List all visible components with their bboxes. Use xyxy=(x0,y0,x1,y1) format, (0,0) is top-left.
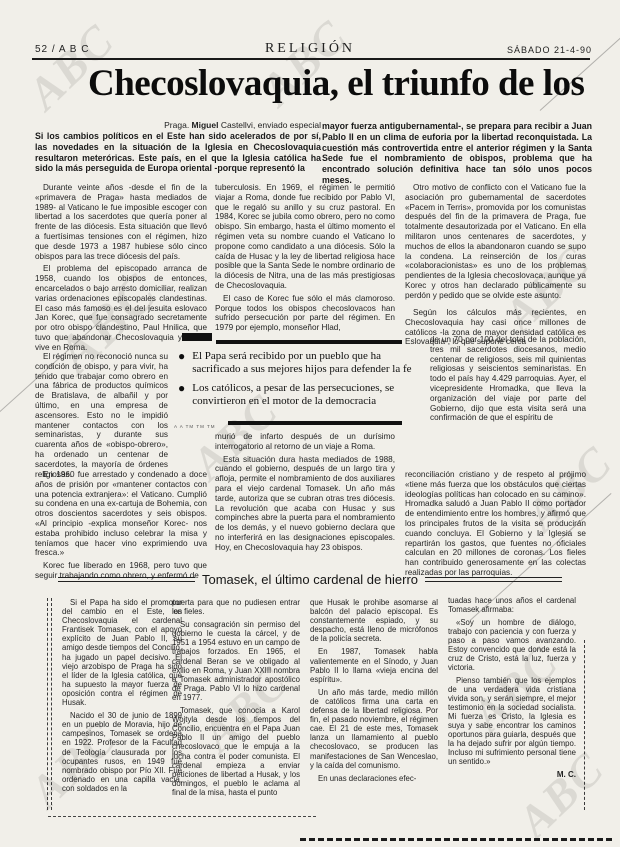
paragraph: Tomasek, que conocía a Karol Wojtyla des… xyxy=(172,706,300,797)
subarticle-right-border xyxy=(584,640,585,810)
body-col1-block-c: En 1960 fue arrestado y condenado a doce… xyxy=(35,470,207,584)
pullquote-corner-bar xyxy=(182,333,212,341)
pullquote-bottom-bar xyxy=(228,421,402,425)
pullquote-credit: A A TM TM TM xyxy=(174,424,216,429)
subarticle-bottom-rule xyxy=(48,816,316,817)
byline-author: Miguel xyxy=(192,120,219,130)
byline: Praga. Miguel Castellvi, enviado especia… xyxy=(35,120,321,130)
paragraph: En 1960 fue arrestado y condenado a doce… xyxy=(35,470,207,558)
paragraph: El caso de Korec fue sólo el más clamoro… xyxy=(215,294,395,333)
pullquote-text: El Papa será recibido por un pueblo que … xyxy=(192,350,422,375)
pullquote-text: Los católicos, a pesar de las persecucio… xyxy=(192,382,422,407)
intro-col-2: mayor fuerza antigubernamental-, se prep… xyxy=(322,121,592,186)
paragraph: Si el Papa ha sido el promotor del cambi… xyxy=(62,598,182,707)
title-rule-left xyxy=(58,577,195,582)
paragraph: reconciliación cristiano y de respeto al… xyxy=(405,470,586,578)
paragraph: Pienso también que los ejemplos de una v… xyxy=(448,676,576,766)
paragraph: tuberculosis. En 1969, el régimen le per… xyxy=(215,183,395,291)
header-rule xyxy=(32,58,590,60)
byline-role: Castellvi, enviado especial xyxy=(218,120,321,130)
pullquote-top-bar xyxy=(216,340,402,344)
subarticle-col2: puerta para que no pudiesen entrar los f… xyxy=(172,598,300,801)
subarticle-col1: Si el Papa ha sido el promotor del cambi… xyxy=(62,598,182,797)
subarticle-title: Tomasek, el último cardenal de hierro xyxy=(195,572,425,587)
paragraph: Durante veinte años -desde el fin de la … xyxy=(35,183,207,261)
paragraph: «Soy un hombre de diálogo, trabajo con p… xyxy=(448,618,576,672)
page-bottom-rule xyxy=(300,838,612,841)
body-col3-block-d: reconciliación cristiano y de respeto al… xyxy=(405,470,586,581)
pullquote-box: ● El Papa será recibido por un pueblo qu… xyxy=(178,350,422,414)
subarticle-title-bar: Tomasek, el último cardenal de hierro xyxy=(58,572,562,587)
paragraph: tuadas hace unos años el cardenal Tomase… xyxy=(448,596,576,614)
paragraph: puerta para que no pudiesen entrar los f… xyxy=(172,598,300,616)
body-col1-block-b: El régimen no reconoció nunca su condici… xyxy=(35,352,168,482)
newspaper-page: ABC ABC ABC ABC ABC ABC ABC ABC ABC ABC … xyxy=(0,0,620,847)
body-col3-block-c: de un 70 por 100 del total de la poblaci… xyxy=(430,335,586,426)
author-initials: M. C. xyxy=(448,770,576,779)
paragraph: Su consagración sin permiso del gobierno… xyxy=(172,620,300,702)
intro-col-1: Si los cambios políticos en el Este han … xyxy=(35,131,321,174)
paragraph: Esta situación dura hasta mediados de 19… xyxy=(215,455,395,553)
paragraph: que Husak le prohibe asomarse al balcón … xyxy=(310,598,438,643)
pullquote-item: ● El Papa será recibido por un pueblo qu… xyxy=(178,350,422,375)
headline: Checoslovaquia, el triunfo de los xyxy=(88,62,584,105)
subarticle-left-border xyxy=(47,598,52,810)
body-col1-block-a: Durante veinte años -desde el fin de la … xyxy=(35,183,207,356)
date-label: SÁBADO 21-4-90 xyxy=(507,45,592,55)
paragraph: En 1987, Tomasek habla valientemente en … xyxy=(310,647,438,683)
title-rule-right xyxy=(425,577,562,582)
body-col2-block-b: murió de infarto después de un durísimo … xyxy=(215,432,395,556)
paragraph: En unas declaraciones efec- xyxy=(310,774,438,783)
body-col2-block-a: tuberculosis. En 1969, el régimen le per… xyxy=(215,183,395,336)
body-col3-block-a: Otro motivo de conflicto con el Vaticano… xyxy=(405,183,586,304)
paragraph: Otro motivo de conflicto con el Vaticano… xyxy=(405,183,586,301)
paragraph: murió de infarto después de un durísimo … xyxy=(215,432,395,452)
subarticle-col3: que Husak le prohibe asomarse al balcón … xyxy=(310,598,438,787)
subarticle-col4: tuadas hace unos años el cardenal Tomase… xyxy=(448,596,576,783)
bullet-icon: ● xyxy=(178,350,185,375)
paragraph: Un año más tarde, medio millón de católi… xyxy=(310,688,438,770)
byline-city: Praga. xyxy=(164,120,191,130)
paragraph: de un 70 por 100 del total de la poblaci… xyxy=(430,335,586,423)
paragraph: Nacido el 30 de junio de 1899 en un pueb… xyxy=(62,711,182,793)
pullquote-item: ● Los católicos, a pesar de las persecuc… xyxy=(178,382,422,407)
paragraph: El régimen no reconoció nunca su condici… xyxy=(35,352,168,479)
bullet-icon: ● xyxy=(178,382,185,407)
